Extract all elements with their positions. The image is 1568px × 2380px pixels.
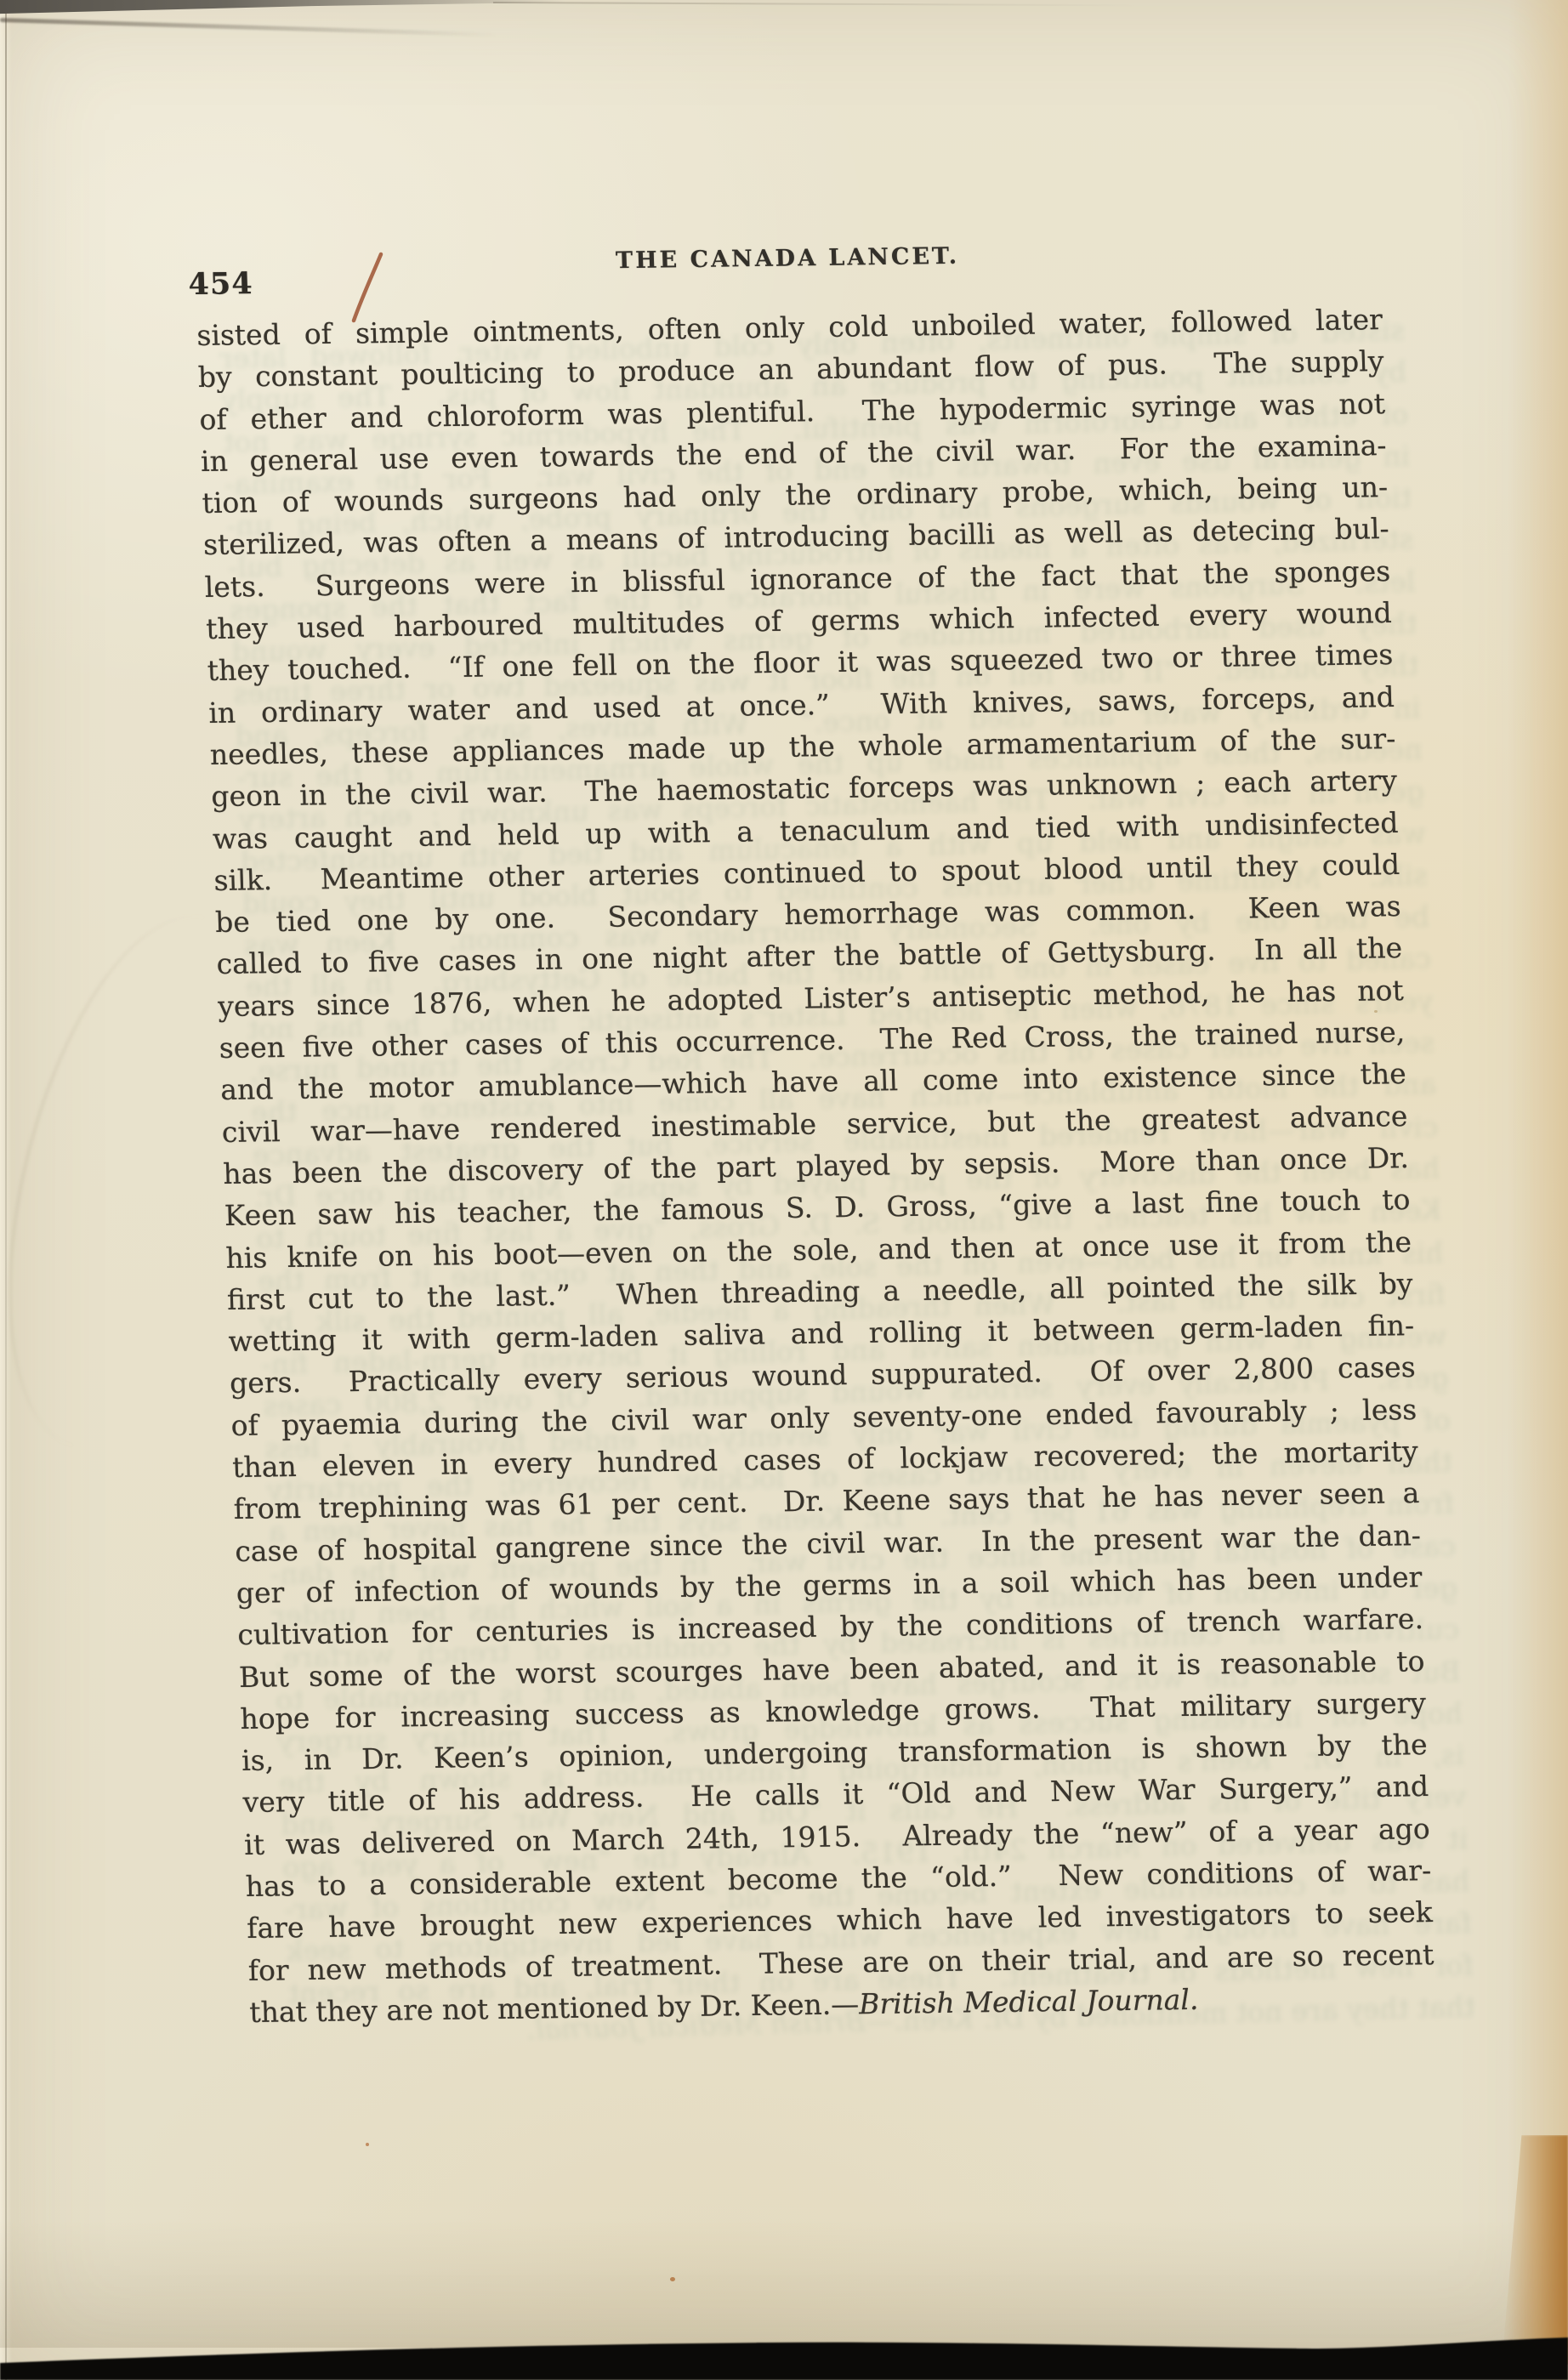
paper-speck: [366, 2143, 369, 2146]
red-pen-mark-icon: [347, 249, 395, 327]
top-scan-edge: [0, 0, 565, 14]
top-scan-edge-line: [0, 18, 497, 37]
bottom-scan-bar: [0, 2316, 1568, 2380]
journal-citation: British Medical Journal.: [858, 1983, 1198, 2020]
page-right-edge-shading: [1508, 0, 1568, 2380]
scanned-book-page: sisted of simple ointments, often only c…: [0, 0, 1568, 2380]
page-content: sisted of simple ointments, often only c…: [194, 227, 1436, 2033]
top-scan-hairline: [493, 2, 1139, 6]
left-crease-line: [5, 0, 7, 2380]
body-text: sisted of simple ointments, often only c…: [196, 298, 1436, 2033]
paper-speck: [1374, 1010, 1378, 1013]
